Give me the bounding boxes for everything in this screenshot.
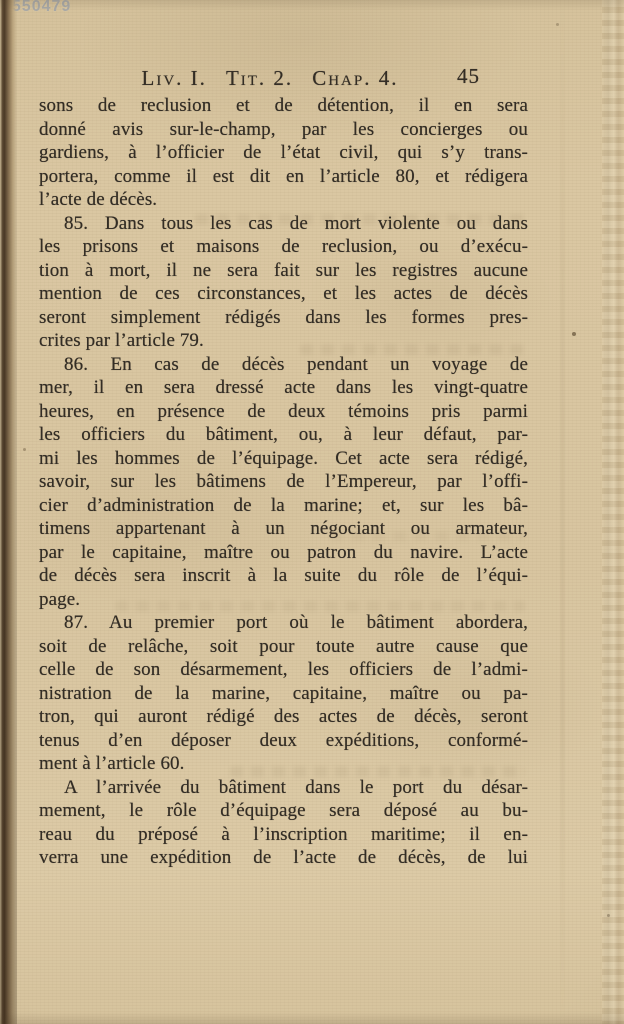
text-line: heures, en présence de deux témoins pris… <box>39 400 528 424</box>
text-line: portera, comme il est dit en l’article 8… <box>39 165 528 189</box>
text-line: mention de ces circonstances, et les act… <box>39 282 528 306</box>
header-segment-chapter: Chap. 4. <box>312 66 398 91</box>
text-line: timens appartenant à un négociant ou arm… <box>39 517 528 541</box>
paper-speck <box>23 448 26 451</box>
text-line: savoir, sur les bâtimens de l’Empereur, … <box>39 470 528 494</box>
text-line: tron, qui auront rédigé des actes de déc… <box>39 705 528 729</box>
text-line: les officiers du bâtiment, ou, à leur dé… <box>39 423 528 447</box>
text-line: celle de son désarmement, les officiers … <box>39 658 528 682</box>
paragraph: 87. Au premier port où le bâtiment abord… <box>39 611 528 776</box>
header-segment-book: Liv. I. <box>142 66 207 91</box>
text-line: l’acte de décès. <box>39 188 528 212</box>
paper-speck <box>572 332 576 336</box>
text-line: cier d’administration de la marine; et, … <box>39 494 528 518</box>
text-line: tenus d’en déposer deux expéditions, con… <box>39 729 528 753</box>
page-edge-top <box>0 0 624 10</box>
text-line: page. <box>39 588 528 612</box>
text-line: gardiens, à l’officier de l’état civil, … <box>39 141 528 165</box>
paragraph: 85. Dans tous les cas de mort violente o… <box>39 212 528 353</box>
page-number: 45 <box>457 64 480 89</box>
text-line: A l’arrivée du bâtiment dans le port du … <box>39 776 528 800</box>
page-edge-right <box>602 0 624 1024</box>
text-line: nistration de la marine, capitaine, maît… <box>39 682 528 706</box>
text-line: ment à l’article 60. <box>39 752 528 776</box>
text-line: crites par l’article 79. <box>39 329 528 353</box>
body-text: sons de reclusion et de détention, il en… <box>39 94 528 870</box>
page-crease <box>561 0 564 1024</box>
text-line: de décès sera inscrit à la suite du rôle… <box>39 564 528 588</box>
text-line: mer, il en sera dressé acte dans les vin… <box>39 376 528 400</box>
running-header: Liv. I. Tit. 2. Chap. 4. <box>120 66 420 91</box>
header-segment-title: Tit. 2. <box>226 66 293 91</box>
book-page-scan: 0550479 Liv. I. Tit. 2. Chap. 4. 45 sons… <box>0 0 624 1024</box>
text-line: mement, le rôle d’équipage sera déposé a… <box>39 799 528 823</box>
paragraph: sons de reclusion et de détention, il en… <box>39 94 528 212</box>
binding-edge-shadow <box>0 0 17 1024</box>
text-line: mi les hommes de l’équipage. Cet acte se… <box>39 447 528 471</box>
text-line: 87. Au premier port où le bâtiment abord… <box>39 611 528 635</box>
text-line: seront simplement rédigés dans les forme… <box>39 306 528 330</box>
paper-speck <box>556 23 559 26</box>
text-line: donné avis sur-le-champ, par les concier… <box>39 118 528 142</box>
text-line: 85. Dans tous les cas de mort violente o… <box>39 212 528 236</box>
text-line: 86. En cas de décès pendant un voyage de <box>39 353 528 377</box>
text-line: sons de reclusion et de détention, il en… <box>39 94 528 118</box>
page-edge-bottom <box>0 1012 624 1024</box>
text-line: reau du préposé à l’inscription maritime… <box>39 823 528 847</box>
text-line: verra une expédition de l’acte de décès,… <box>39 846 528 870</box>
text-line: soit de relâche, soit pour toute autre c… <box>39 635 528 659</box>
text-line: par le capitaine, maître ou patron du na… <box>39 541 528 565</box>
paragraph: 86. En cas de décès pendant un voyage de… <box>39 353 528 612</box>
text-line: les prisons et maisons de reclusion, ou … <box>39 235 528 259</box>
text-line: tion à mort, il ne sera fait sur les reg… <box>39 259 528 283</box>
paragraph: A l’arrivée du bâtiment dans le port du … <box>39 776 528 870</box>
